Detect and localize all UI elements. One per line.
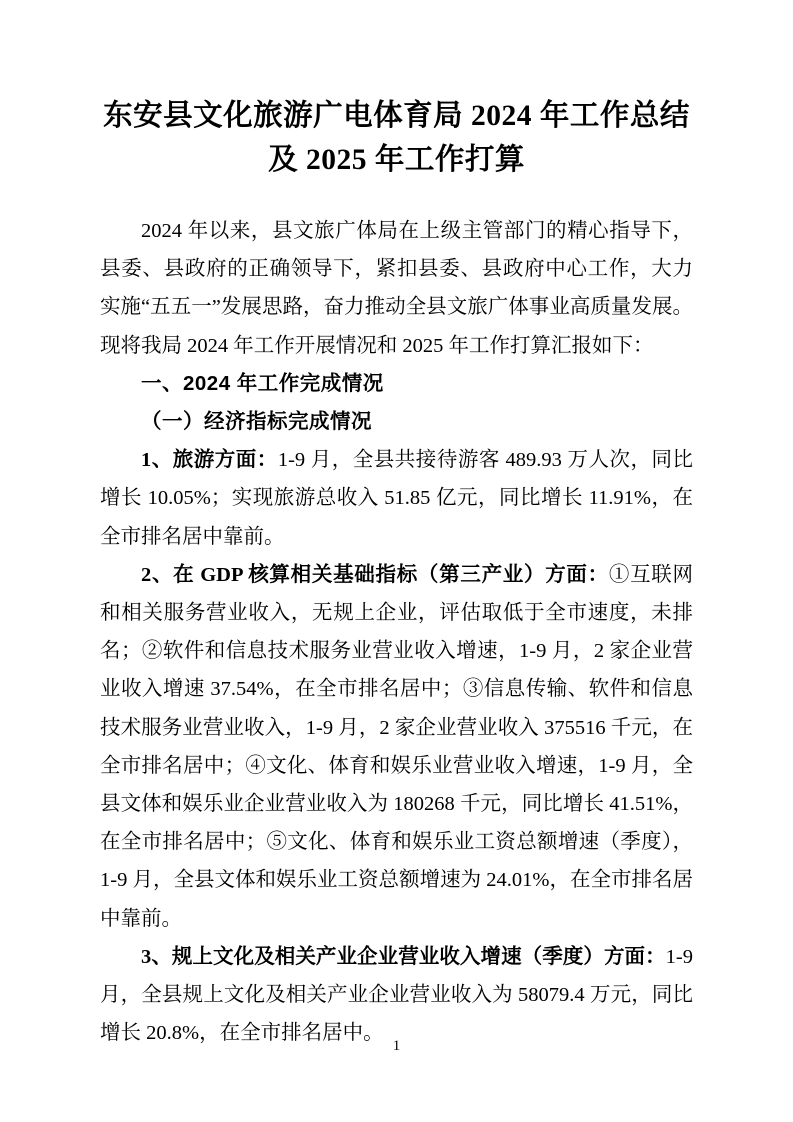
item-paragraph-tourism: 1、旅游方面：1-9 月，全县共接待游客 489.93 万人次，同比增长 10.… (100, 441, 693, 556)
document-page: 东安县文化旅游广电体育局 2024 年工作总结 及 2025 年工作打算 202… (0, 0, 793, 1122)
title-line-2: 及 2025 年工作打算 (100, 138, 693, 182)
document-content: 东安县文化旅游广电体育局 2024 年工作总结 及 2025 年工作打算 202… (0, 0, 793, 1052)
page-number: 1 (0, 1036, 793, 1056)
title-line-1: 东安县文化旅游广电体育局 2024 年工作总结 (100, 94, 693, 138)
item-lead: 3、规上文化及相关产业企业营业收入增速（季度）方面： (141, 946, 666, 968)
subsection-heading-economic-indicators: （一）经济指标完成情况 (100, 403, 693, 441)
item-lead: 1、旅游方面： (141, 449, 278, 471)
item-lead: 2、在 GDP 核算相关基础指标（第三产业）方面： (141, 564, 609, 586)
item-paragraph-gdp-indicators: 2、在 GDP 核算相关基础指标（第三产业）方面：①互联网和相关服务营业收入，无… (100, 556, 693, 938)
document-title: 东安县文化旅游广电体育局 2024 年工作总结 及 2025 年工作打算 (100, 94, 693, 182)
item-text: ①互联网和相关服务营业收入，无规上企业，评估取低于全市速度，未排名；②软件和信息… (100, 564, 693, 930)
intro-paragraph: 2024 年以来，县文旅广体局在上级主管部门的精心指导下，县委、县政府的正确领导… (100, 212, 693, 365)
section-heading-2024-completion: 一、2024 年工作完成情况 (100, 365, 693, 403)
